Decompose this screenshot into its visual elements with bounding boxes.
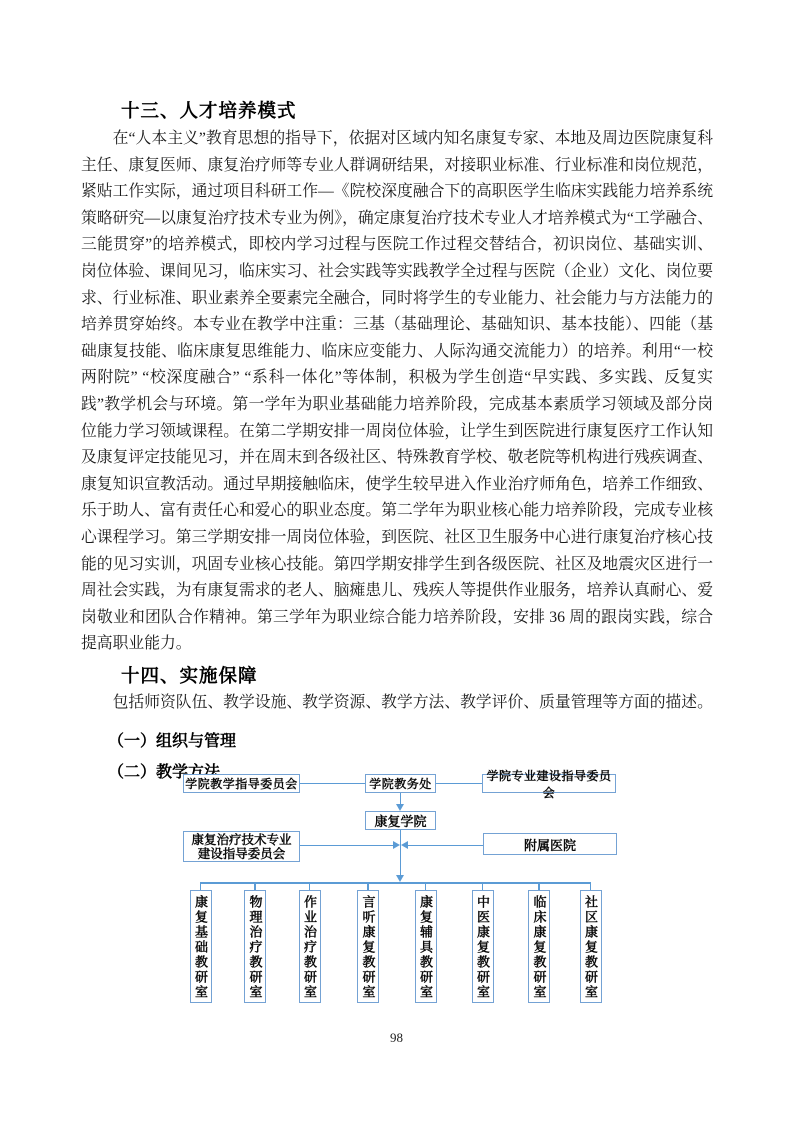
- org-node-occupational-therapy-office: 作业治疗教研室: [299, 890, 321, 1003]
- document-page: 十三、人才培养模式 在“人本主义”教育思想的指导下，依据对区域内知名康复专家、本…: [0, 0, 793, 1122]
- org-node-speech-hearing-rehab-office: 言听康复教研室: [357, 890, 379, 1003]
- arrow-left: [401, 841, 408, 849]
- connector-line: [200, 882, 591, 884]
- org-node-community-rehab-office: 社区康复教研室: [580, 890, 602, 1003]
- connector-line: [482, 882, 484, 890]
- org-node-rehab-assistive-devices-office: 康复辅具教研室: [415, 890, 437, 1003]
- arrow-down: [396, 804, 404, 811]
- org-node-clinical-rehab-office: 临床康复教研室: [528, 890, 550, 1003]
- connector-line: [309, 882, 311, 890]
- org-node-program-construction-committee: 康复治疗技术专业 建设指导委员会: [183, 831, 300, 862]
- connector-line: [400, 830, 402, 876]
- org-node-tcm-rehab-office: 中医康复教研室: [472, 890, 494, 1003]
- org-node-rehab-college: 康复学院: [365, 811, 436, 830]
- connector-line: [407, 845, 483, 847]
- org-node-college-teaching-committee: 学院教学指导委员会: [183, 774, 300, 793]
- connector-line: [367, 882, 369, 890]
- org-node-academic-affairs-office: 学院教务处: [365, 774, 436, 793]
- connector-line: [538, 882, 540, 890]
- connector-line: [300, 845, 393, 847]
- org-node-affiliated-hospital: 附属医院: [483, 833, 617, 855]
- org-node-rehab-basics-office: 康复基础教研室: [190, 890, 212, 1003]
- section-14-intro: 包括师资队伍、教学设施、教学资源、教学方法、教学评价、质量管理等方面的描述。: [81, 692, 721, 714]
- section-13-paragraph: 在“人本主义”教育思想的指导下，依据对区域内知名康复专家、本地及周边医院康复科主…: [81, 126, 713, 658]
- section-13-heading: 十三、人才培养模式: [121, 97, 297, 123]
- org-node-specialty-construction-committee: 学院专业建设指导委员会: [482, 774, 616, 793]
- connector-line: [425, 882, 427, 890]
- org-node-label-line2: 建设指导委员会: [198, 847, 286, 861]
- arrow-down: [396, 875, 404, 882]
- connector-line: [590, 882, 592, 890]
- page-number: 98: [0, 1030, 793, 1046]
- connector-line: [200, 882, 202, 890]
- org-chart: 学院教学指导委员会 学院教务处 学院专业建设指导委员会 康复学院 康复治疗技术专…: [180, 770, 620, 1010]
- connector-line: [254, 882, 256, 890]
- connector-line: [436, 783, 482, 785]
- subheading-organization-management: （一）组织与管理: [108, 728, 236, 751]
- connector-line: [300, 783, 365, 785]
- org-node-physical-therapy-office: 物理治疗教研室: [244, 890, 266, 1003]
- section-14-heading: 十四、实施保障: [121, 662, 258, 688]
- org-node-label-line1: 康复治疗技术专业: [191, 833, 291, 847]
